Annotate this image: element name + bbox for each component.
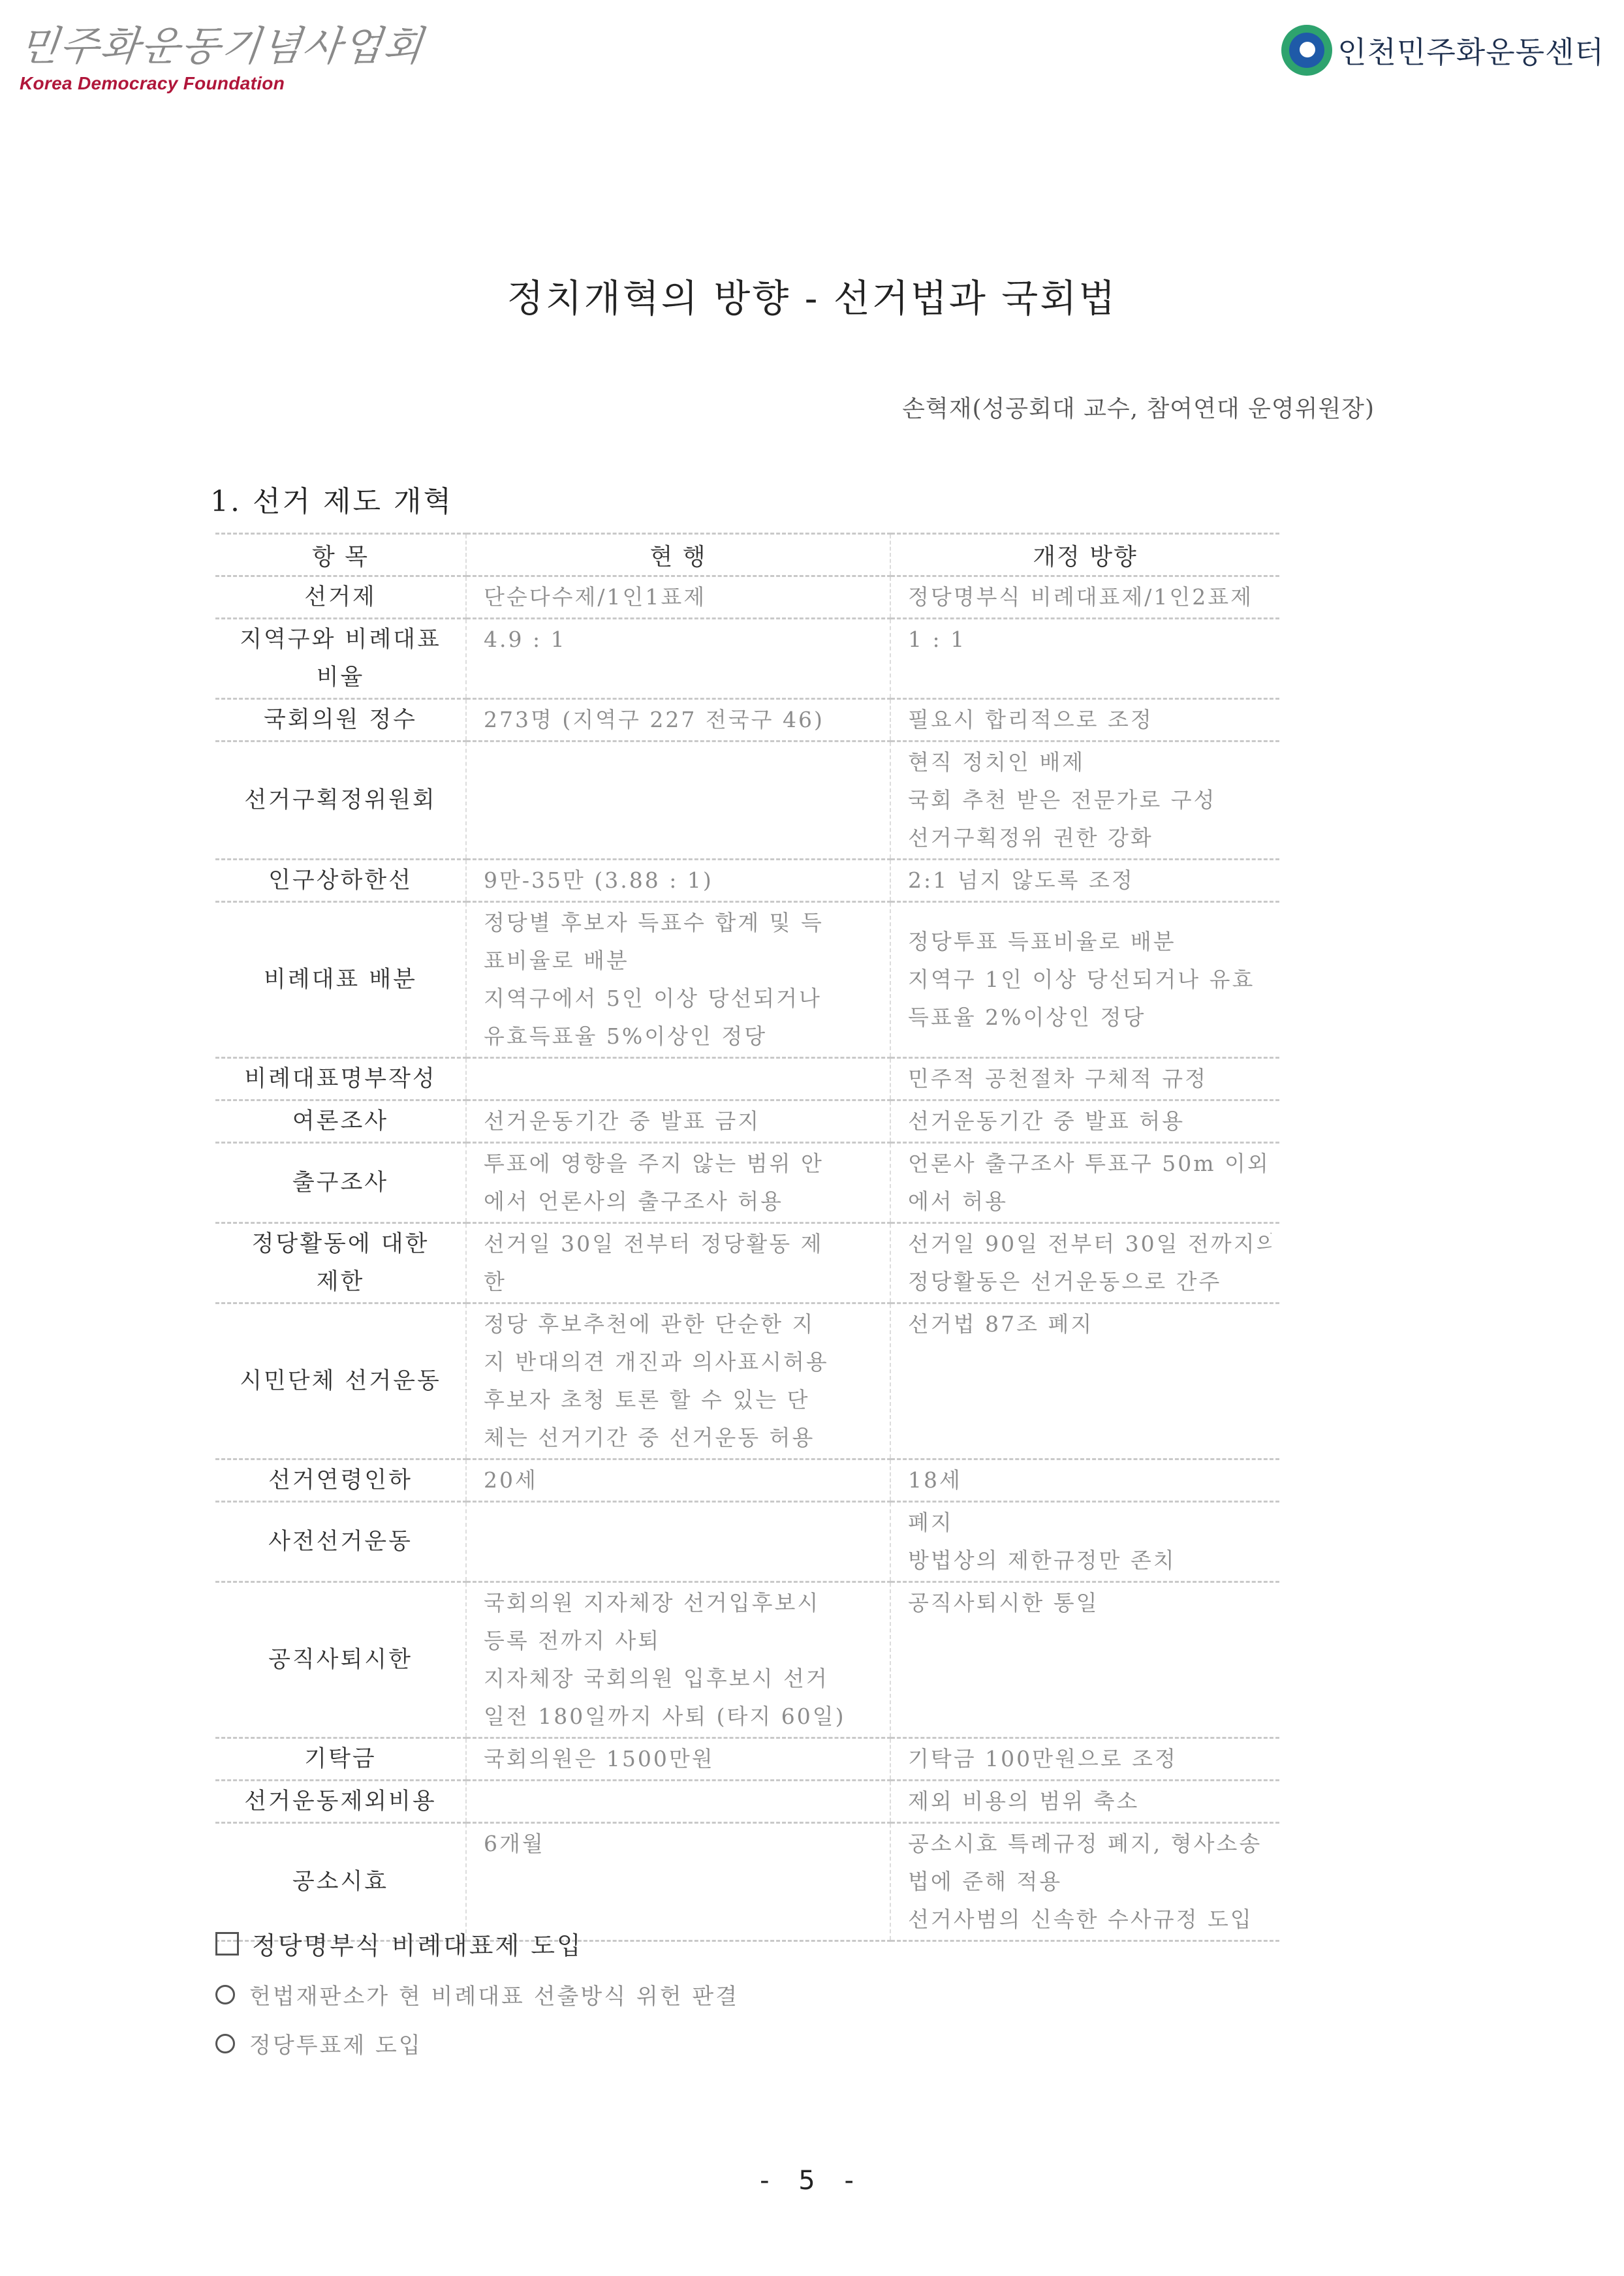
table-row: 공직사퇴시한국회의원 지자체장 선거입후보시등록 전까지 사퇴지자체장 국회의원… [215, 1582, 1279, 1738]
table-cell-item: 선거연령인하 [215, 1459, 466, 1502]
emblem-icon [1281, 25, 1332, 76]
cell-spacer [484, 1504, 882, 1542]
table-cell-current: 투표에 영향을 주지 않는 범위 안에서 언론사의 출구조사 허용 [466, 1143, 890, 1223]
table-cell-proposed: 1 : 1 [890, 619, 1279, 699]
table-cell-item: 사전선거운동 [215, 1502, 466, 1582]
cell-line: 선거운동제외비용 [228, 1783, 452, 1820]
table-cell-item: 기탁금 [215, 1738, 466, 1781]
table-cell-proposed: 현직 정치인 배제국회 추천 받은 전문가로 구성선거구획정위 권한 강화 [890, 741, 1279, 860]
table-cell-proposed: 공직사퇴시한 통일 [890, 1582, 1279, 1738]
cell-line: 단순다수제/1인1표제 [484, 578, 882, 616]
table-cell-current: 4.9 : 1 [466, 619, 890, 699]
table-cell-proposed: 언론사 출구조사 투표구 50m 이외에서 허용 [890, 1143, 1279, 1223]
cell-line: 9만-35만 (3.88 : 1) [484, 862, 882, 899]
table-cell-proposed: 선거법 87조 폐지 [890, 1303, 1279, 1459]
table-cell-proposed: 공소시효 특례규정 폐지, 형사소송법에 준해 적용선거사범의 신속한 수사규정… [890, 1823, 1279, 1941]
table-body: 선거제단순다수제/1인1표제정당명부식 비례대표제/1인2표제지역구와 비례대표… [215, 576, 1279, 1941]
cell-line: 선거법 87조 폐지 [908, 1305, 1272, 1343]
cell-spacer [484, 781, 882, 819]
cell-spacer [908, 1622, 1272, 1660]
table-cell-proposed: 선거운동기간 중 발표 허용 [890, 1100, 1279, 1143]
cell-line: 정당명부식 비례대표제/1인2표제 [908, 578, 1272, 616]
cell-line: 출구조사 [228, 1164, 452, 1202]
cell-line: 18세 [908, 1461, 1272, 1499]
cell-spacer [484, 1863, 882, 1901]
cell-spacer [484, 1542, 882, 1580]
cell-line: 시민단체 선거운동 [228, 1362, 452, 1400]
cell-line: 선거운동기간 중 발표 금지 [484, 1102, 882, 1140]
table-row: 출구조사투표에 영향을 주지 않는 범위 안에서 언론사의 출구조사 허용언론사… [215, 1143, 1279, 1223]
table-cell-current: 정당별 후보자 득표수 합계 및 득표비율로 배분지역구에서 5인 이상 당선되… [466, 902, 890, 1058]
table-cell-current: 선거일 30일 전부터 정당활동 제한 [466, 1223, 890, 1303]
cell-line: 지역구와 비례대표 [228, 621, 452, 659]
cell-line: 지역구에서 5인 이상 당선되거나 [484, 980, 882, 1018]
section-heading: 1. 선거 제도 개혁 [210, 478, 453, 520]
table-cell-item: 공직사퇴시한 [215, 1582, 466, 1738]
cell-line: 6개월 [484, 1825, 882, 1863]
table-cell-current [466, 741, 890, 860]
header-proposed: 개정 방향 [890, 534, 1279, 576]
table-row: 정당활동에 대한제한선거일 30일 전부터 정당활동 제한선거일 90일 전부터… [215, 1223, 1279, 1303]
cell-line: 공직사퇴시한 [228, 1641, 452, 1679]
circle-bullet-icon [215, 1985, 235, 2004]
cell-line: 체는 선거기간 중 선거운동 허용 [484, 1419, 882, 1457]
table-cell-current: 정당 후보추천에 관한 단순한 지지 반대의견 개진과 의사표시허용후보자 초청… [466, 1303, 890, 1459]
cell-line: 4.9 : 1 [484, 621, 882, 659]
table-cell-item: 선거제 [215, 576, 466, 619]
table-row: 선거구획정위원회현직 정치인 배제국회 추천 받은 전문가로 구성선거구획정위 … [215, 741, 1279, 860]
table-row: 지역구와 비례대표비율4.9 : 11 : 1 [215, 619, 1279, 699]
cell-line: 20세 [484, 1461, 882, 1499]
cell-line: 등록 전까지 사퇴 [484, 1622, 882, 1660]
page-number: - 5 - [0, 2166, 1624, 2196]
cell-line: 현직 정치인 배제 [908, 743, 1272, 781]
table-cell-item: 공소시효 [215, 1823, 466, 1941]
cell-line: 선거일 30일 전부터 정당활동 제 [484, 1225, 882, 1263]
table-cell-item: 국회의원 정수 [215, 699, 466, 741]
table-cell-current: 국회의원은 1500만원 [466, 1738, 890, 1781]
cell-line: 방법상의 제한규정만 존치 [908, 1542, 1272, 1580]
cell-line: 공직사퇴시한 통일 [908, 1584, 1272, 1622]
cell-line: 에서 언론사의 출구조사 허용 [484, 1183, 882, 1221]
cell-line: 정당활동에 대한 [228, 1225, 452, 1263]
table-row: 공소시효6개월공소시효 특례규정 폐지, 형사소송법에 준해 적용선거사범의 신… [215, 1823, 1279, 1941]
table-cell-proposed: 기탁금 100만원으로 조정 [890, 1738, 1279, 1781]
cell-line: 비례대표 배분 [228, 961, 452, 999]
table-cell-item: 인구상하한선 [215, 860, 466, 902]
table-row: 국회의원 정수273명 (지역구 227 전국구 46)필요시 합리적으로 조정 [215, 699, 1279, 741]
cell-line: 일전 180일까지 사퇴 (타지 60일) [484, 1698, 882, 1736]
cell-line: 사전선거운동 [228, 1523, 452, 1561]
kdf-logo-korean: 민주화운동기념사업회 [18, 26, 426, 67]
cell-spacer [484, 1783, 882, 1820]
cell-line: 비례대표명부작성 [228, 1060, 452, 1098]
table-cell-item: 선거구획정위원회 [215, 741, 466, 860]
cell-line: 국회의원 지자체장 선거입후보시 [484, 1584, 882, 1622]
incheon-democracy-center-logo: 인천민주화운동센터 [1281, 25, 1604, 76]
cell-spacer [484, 819, 882, 857]
cell-line: 공소시효 특례규정 폐지, 형사소송 [908, 1825, 1272, 1863]
cell-line: 정당별 후보자 득표수 합계 및 득 [484, 904, 882, 942]
table-cell-current: 9만-35만 (3.88 : 1) [466, 860, 890, 902]
table-cell-current: 20세 [466, 1459, 890, 1502]
cell-spacer [484, 743, 882, 781]
cell-line: 에서 허용 [908, 1183, 1272, 1221]
cell-line: 2:1 넘지 않도록 조정 [908, 862, 1272, 899]
cell-line: 비율 [228, 659, 452, 696]
cell-line: 공소시효 [228, 1863, 452, 1901]
cell-spacer [908, 1698, 1272, 1736]
cell-line: 1 : 1 [908, 621, 1272, 659]
table-cell-proposed: 정당명부식 비례대표제/1인2표제 [890, 576, 1279, 619]
cell-spacer [908, 1660, 1272, 1698]
cell-spacer [908, 1381, 1272, 1419]
table-row: 시민단체 선거운동정당 후보추천에 관한 단순한 지지 반대의견 개진과 의사표… [215, 1303, 1279, 1459]
election-reform-table: 항 목 현 행 개정 방향 선거제단순다수제/1인1표제정당명부식 비례대표제/… [215, 533, 1279, 1942]
table-cell-proposed: 2:1 넘지 않도록 조정 [890, 860, 1279, 902]
icdc-logo-name: 인천민주화운동센터 [1337, 29, 1604, 72]
bullet-sub: 헌법재판소가 현 비례대표 선출방식 위헌 판결 [215, 1978, 739, 2010]
table-row: 사전선거운동폐지방법상의 제한규정만 존치 [215, 1502, 1279, 1582]
header-item: 항 목 [215, 534, 466, 576]
table-cell-item: 지역구와 비례대표비율 [215, 619, 466, 699]
table-cell-proposed: 선거일 90일 전부터 30일 전까지의정당활동은 선거운동으로 간주 [890, 1223, 1279, 1303]
cell-line: 선거제 [228, 578, 452, 616]
table-cell-proposed: 폐지방법상의 제한규정만 존치 [890, 1502, 1279, 1582]
cell-line: 선거운동기간 중 발표 허용 [908, 1102, 1272, 1140]
cell-line: 제외 비용의 범위 축소 [908, 1783, 1272, 1820]
cell-line: 제한 [228, 1263, 452, 1301]
table-cell-item: 비례대표명부작성 [215, 1058, 466, 1100]
cell-line: 선거구획정위 권한 강화 [908, 819, 1272, 857]
bullet-section: 정당명부식 비례대표제 도입 헌법재판소가 현 비례대표 선출방식 위헌 판결 … [215, 1925, 739, 2076]
table-cell-item: 시민단체 선거운동 [215, 1303, 466, 1459]
cell-spacer [908, 659, 1272, 696]
bullet-main: 정당명부식 비례대표제 도입 [215, 1925, 739, 1961]
cell-line: 기탁금 100만원으로 조정 [908, 1740, 1272, 1778]
table-cell-current: 6개월 [466, 1823, 890, 1941]
cell-line: 정당투표 득표비율로 배분 [908, 923, 1272, 961]
cell-line: 국회 추천 받은 전문가로 구성 [908, 781, 1272, 819]
cell-line: 민주적 공천절차 구체적 규정 [908, 1060, 1272, 1098]
bullet-main-text: 정당명부식 비례대표제 도입 [252, 1925, 583, 1961]
table-row: 기탁금국회의원은 1500만원기탁금 100만원으로 조정 [215, 1738, 1279, 1781]
table-row: 선거제단순다수제/1인1표제정당명부식 비례대표제/1인2표제 [215, 576, 1279, 619]
cell-line: 선거사범의 신속한 수사규정 도입 [908, 1901, 1272, 1939]
cell-line: 선거연령인하 [228, 1461, 452, 1499]
document-author: 손혁재(성공회대 교수, 참여연대 운영위원장) [902, 390, 1375, 424]
cell-line: 273명 (지역구 227 전국구 46) [484, 701, 882, 739]
table-cell-proposed: 필요시 합리적으로 조정 [890, 699, 1279, 741]
table-row: 선거운동제외비용제외 비용의 범위 축소 [215, 1781, 1279, 1823]
cell-line: 표비율로 배분 [484, 942, 882, 980]
table-cell-current [466, 1502, 890, 1582]
cell-line: 국회의원은 1500만원 [484, 1740, 882, 1778]
table-row: 선거연령인하20세18세 [215, 1459, 1279, 1502]
table-cell-current [466, 1781, 890, 1823]
cell-line: 후보자 초청 토론 할 수 있는 단 [484, 1381, 882, 1419]
table-cell-proposed: 민주적 공천절차 구체적 규정 [890, 1058, 1279, 1100]
cell-line: 지 반대의견 개진과 의사표시허용 [484, 1343, 882, 1381]
table-cell-item: 비례대표 배분 [215, 902, 466, 1058]
cell-line: 언론사 출구조사 투표구 50m 이외 [908, 1145, 1272, 1183]
table-cell-item: 선거운동제외비용 [215, 1781, 466, 1823]
cell-line: 기탁금 [228, 1740, 452, 1778]
cell-line: 지역구 1인 이상 당선되거나 유효 [908, 961, 1272, 999]
table-cell-item: 출구조사 [215, 1143, 466, 1223]
cell-line: 유효득표율 5%이상인 정당 [484, 1018, 882, 1055]
table-cell-item: 정당활동에 대한제한 [215, 1223, 466, 1303]
table-cell-current: 국회의원 지자체장 선거입후보시등록 전까지 사퇴지자체장 국회의원 입후보시 … [466, 1582, 890, 1738]
cell-line: 법에 준해 적용 [908, 1863, 1272, 1901]
korea-democracy-foundation-logo: 민주화운동기념사업회 Korea Democracy Foundation [20, 26, 424, 94]
cell-line: 필요시 합리적으로 조정 [908, 701, 1272, 739]
kdf-logo-english: Korea Democracy Foundation [20, 73, 424, 94]
cell-line: 국회의원 정수 [228, 701, 452, 739]
bullet-sub-text: 헌법재판소가 현 비례대표 선출방식 위헌 판결 [249, 1978, 739, 2010]
cell-spacer [484, 659, 882, 696]
document-title: 정치개혁의 방향 - 선거법과 국회법 [0, 268, 1624, 322]
table-row: 인구상하한선9만-35만 (3.88 : 1)2:1 넘지 않도록 조정 [215, 860, 1279, 902]
table-cell-current: 선거운동기간 중 발표 금지 [466, 1100, 890, 1143]
table-cell-proposed: 18세 [890, 1459, 1279, 1502]
cell-line: 여론조사 [228, 1102, 452, 1140]
cell-line: 정당 후보추천에 관한 단순한 지 [484, 1305, 882, 1343]
cell-spacer [484, 1060, 882, 1098]
cell-line: 정당활동은 선거운동으로 간주 [908, 1263, 1272, 1301]
cell-line: 선거일 90일 전부터 30일 전까지의 [908, 1225, 1272, 1263]
cell-line: 한 [484, 1263, 882, 1301]
cell-line: 선거구획정위원회 [228, 781, 452, 819]
circle-bullet-icon [215, 2034, 235, 2053]
cell-line: 득표율 2%이상인 정당 [908, 999, 1272, 1037]
table-cell-proposed: 정당투표 득표비율로 배분지역구 1인 이상 당선되거나 유효득표율 2%이상인… [890, 902, 1279, 1058]
table-cell-current [466, 1058, 890, 1100]
cell-line: 투표에 영향을 주지 않는 범위 안 [484, 1145, 882, 1183]
table-row: 비례대표 배분정당별 후보자 득표수 합계 및 득표비율로 배분지역구에서 5인… [215, 902, 1279, 1058]
cell-line: 인구상하한선 [228, 862, 452, 899]
table-row: 비례대표명부작성민주적 공천절차 구체적 규정 [215, 1058, 1279, 1100]
cell-line: 폐지 [908, 1504, 1272, 1542]
table-cell-proposed: 제외 비용의 범위 축소 [890, 1781, 1279, 1823]
table-cell-item: 여론조사 [215, 1100, 466, 1143]
table-row: 여론조사선거운동기간 중 발표 금지선거운동기간 중 발표 허용 [215, 1100, 1279, 1143]
table-cell-current: 273명 (지역구 227 전국구 46) [466, 699, 890, 741]
cell-spacer [908, 1343, 1272, 1381]
cell-spacer [908, 1419, 1272, 1457]
table-header-row: 항 목 현 행 개정 방향 [215, 534, 1279, 576]
cell-line: 지자체장 국회의원 입후보시 선거 [484, 1660, 882, 1698]
square-bullet-icon [215, 1932, 239, 1956]
bullet-sub-text: 정당투표제 도입 [249, 2027, 422, 2059]
header-current: 현 행 [466, 534, 890, 576]
table-cell-current: 단순다수제/1인1표제 [466, 576, 890, 619]
bullet-sub: 정당투표제 도입 [215, 2027, 739, 2059]
